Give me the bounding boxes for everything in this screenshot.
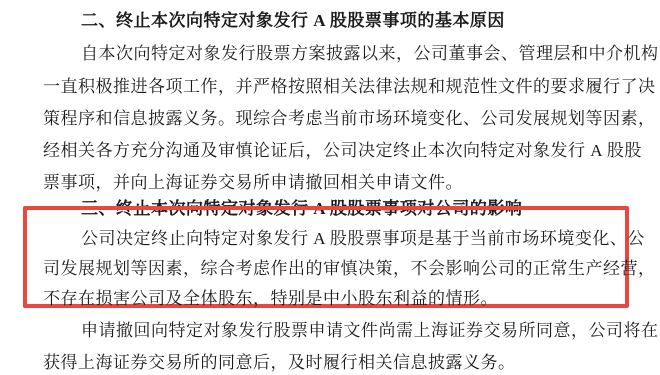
section-2-heading: 二、终止本次向特定对象发行 A 股股票事项的基本原因 bbox=[81, 9, 505, 33]
section-2-paragraph-line-4: 经相关各方充分沟通及审慎论证后，公司决定终止本次向特定对象发行 A 股股 bbox=[43, 139, 642, 163]
highlighted-paragraph-line-1: 公司决定终止向特定对象发行 A 股股票事项是基于当前市场环境变化、公 bbox=[81, 227, 645, 251]
section-2-paragraph-line-2: 一直积极推进各项工作，并严格按照相关法律法规和规范性文件的要求履行了决 bbox=[43, 75, 656, 99]
highlighted-paragraph-line-2: 司发展规划等因素，综合考虑作出的审慎决策，不会影响公司的正常生产经营， bbox=[43, 257, 656, 281]
section-2-paragraph-line-3: 策程序和信息披露义务。现综合考虑当前市场环境变化、公司发展规划等因素， bbox=[43, 107, 656, 131]
highlighted-paragraph-line-3: 不存在损害公司及全体股东，特别是中小股东利益的情形。 bbox=[43, 287, 498, 311]
section-2-paragraph-line-1: 自本次向特定对象发行股票方案披露以来，公司董事会、管理层和中介机构 bbox=[81, 42, 659, 66]
closing-paragraph-line-2: 获得上海证券交易所的同意后，及时履行相关信息披露义务。 bbox=[43, 351, 516, 375]
closing-paragraph-line-1: 申请撤回向特定对象发行股票申请文件尚需上海证券交易所同意，公司将在 bbox=[81, 319, 659, 343]
section-2-paragraph-line-5: 票事项，并向上海证券交易所申请撤回相关申请文件。 bbox=[43, 171, 463, 195]
announcement-document-page: 二、终止本次向特定对象发行 A 股股票事项的基本原因 自本次向特定对象发行股票方… bbox=[0, 0, 660, 375]
section-3-heading: 三、终止本次向特定对象发行 A 股股票事项对公司的影响 bbox=[81, 197, 522, 221]
